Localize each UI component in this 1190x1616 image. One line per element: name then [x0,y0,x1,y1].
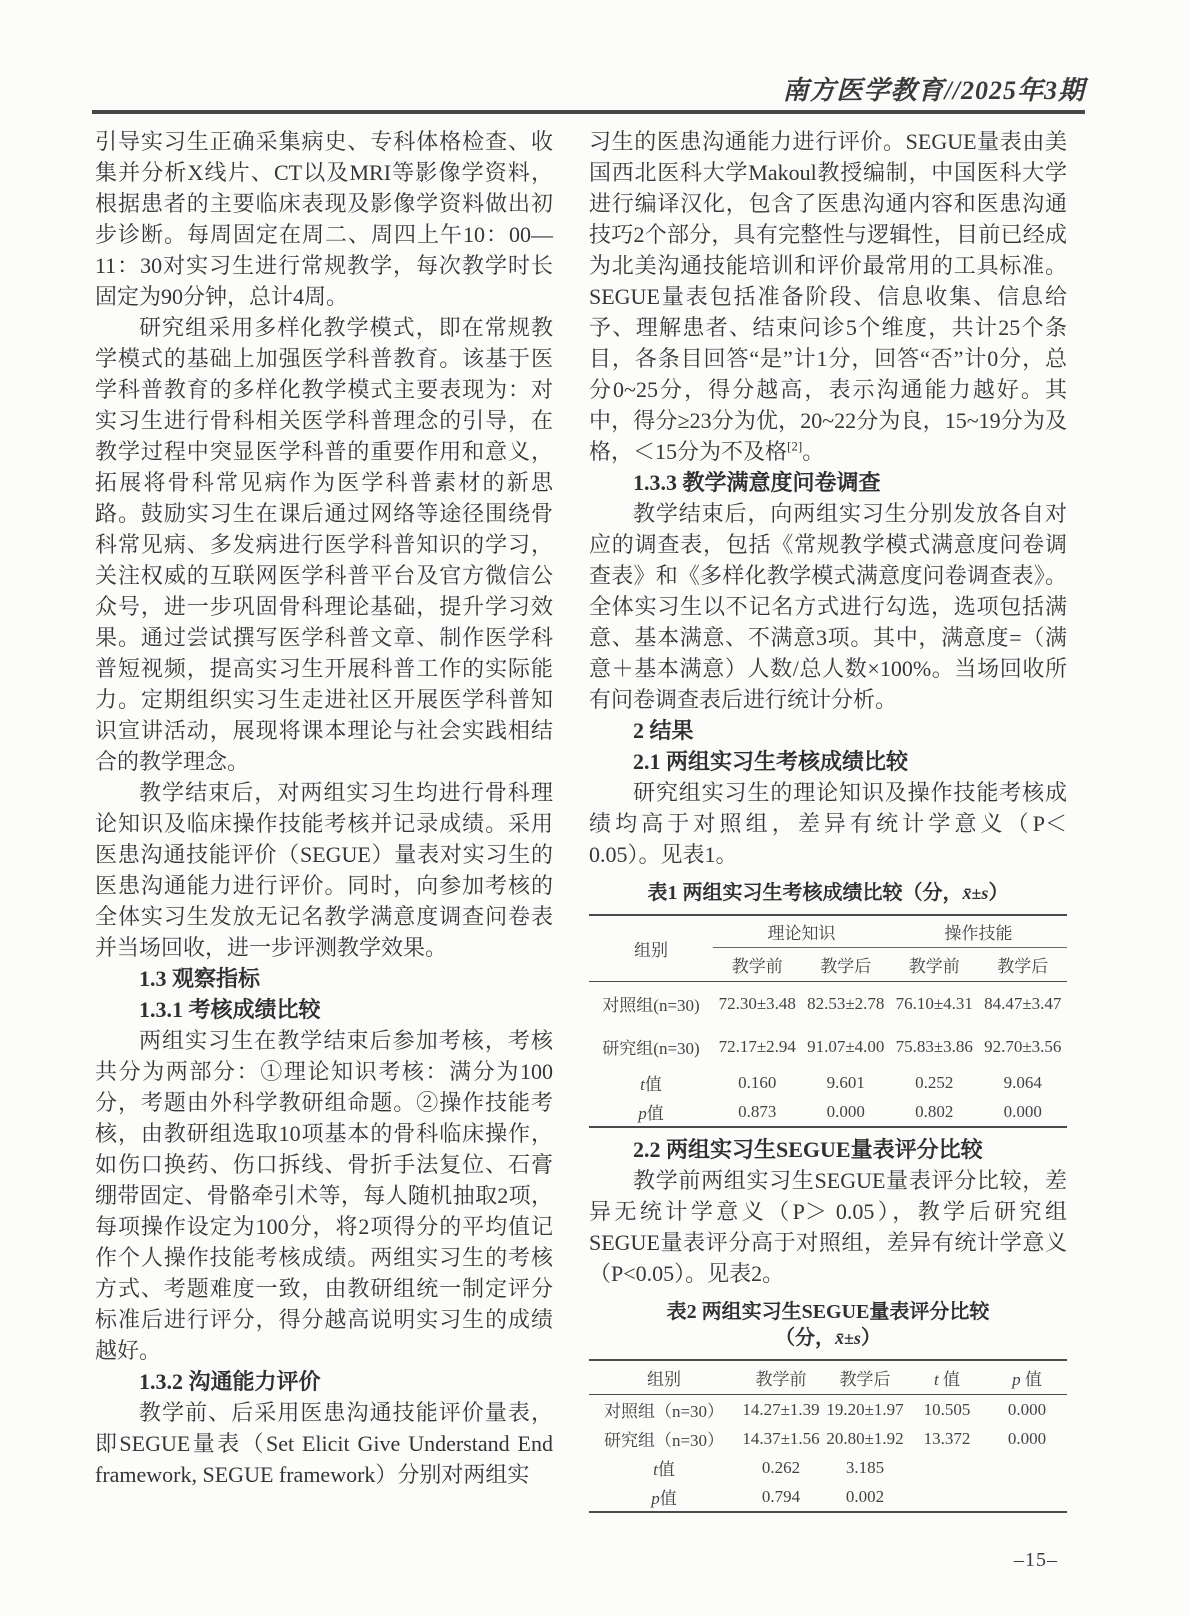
cell: 0.000 [987,1395,1067,1425]
p-symbol: p [638,1104,647,1123]
section-heading-1-3-1: 1.3.1 考核成绩比较 [95,994,553,1025]
table-row: t值 0.160 9.601 0.252 9.064 [589,1068,1067,1097]
cell: 0.252 [890,1068,979,1097]
table2-p-label: p值 [589,1482,739,1512]
table-row: t值 0.262 3.185 [589,1453,1067,1482]
p-symbol: p [651,1489,660,1508]
table2-segue-comparison: 组别 教学前 教学后 t 值 p 值 对照组（n=30） 14.27±1.39 … [589,1359,1067,1513]
table1-caption-suffix: ） [988,882,1008,904]
p-symbol: p [1012,1370,1021,1389]
table2-header-group: 组别 [589,1360,739,1395]
right-column: 习生的医患沟通能力进行评价。SEGUE量表由美国西北医科大学Makoul教授编制… [589,126,1067,1519]
table2-research-label: 研究组（n=30） [589,1424,739,1453]
cell: 0.160 [713,1068,802,1097]
table2-caption-math: x̄±s [835,1328,861,1348]
cell: 0.873 [713,1097,802,1127]
table-row: p值 0.873 0.000 0.802 0.000 [589,1097,1067,1127]
cell: 14.37±1.56 [739,1424,823,1453]
page-content: 引导实习生正确采集病史、专科体格检查、收集并分析X线片、CT以及MRI等影像学资… [95,126,1067,1519]
cell: 10.505 [907,1395,987,1425]
table-row: 对照组（n=30） 14.27±1.39 19.20±1.97 10.505 0… [589,1395,1067,1425]
t-header-text: 值 [939,1370,960,1389]
table-row: p值 0.794 0.002 [589,1482,1067,1512]
paragraph-segue-result: 教学前两组实习生SEGUE量表评分比较，差异无统计学意义（P＞ 0.05），教学… [589,1165,1067,1289]
cell: 0.794 [739,1482,823,1512]
cell: 91.07±4.00 [802,1025,891,1068]
t-label-text: 值 [645,1075,662,1094]
paragraph-result-scores: 研究组实习生的理论知识及操作技能考核成绩均高于对照组，差异有统计学意义（P＜0.… [589,777,1067,870]
cell: 0.000 [987,1424,1067,1453]
t-label-text: 值 [658,1460,675,1479]
cell: 19.20±1.97 [823,1395,907,1425]
header-rule [92,110,1085,114]
paragraph-after-teaching-assessment: 教学结束后，对两组实习生均进行骨科理论知识及临床操作技能考核并记录成绩。采用医患… [95,777,553,963]
table1-scores-comparison: 组别 理论知识 操作技能 教学前 教学后 教学前 教学后 对照组(n=30) 7… [589,914,1067,1128]
table1-subheader-post-theory: 教学后 [802,948,891,982]
cell: 13.372 [907,1424,987,1453]
paragraph-teaching-routine: 引导实习生正确采集病史、专科体格检查、收集并分析X线片、CT以及MRI等影像学资… [95,126,553,312]
paragraph-satisfaction-survey: 教学结束后，向两组实习生分别发放各自对应的调查表，包括《常规教学模式满意度问卷调… [589,498,1067,715]
table1-subheader-pre-skill: 教学前 [890,948,979,982]
section-heading-2-1: 2.1 两组实习生考核成绩比较 [589,746,1067,777]
p-header-text: 值 [1021,1370,1042,1389]
cell: 76.10±4.31 [890,982,979,1026]
table2-header-pre: 教学前 [739,1360,823,1395]
cell: 84.47±3.47 [979,982,1068,1026]
table1-header-theory: 理论知识 [713,915,890,948]
table2-control-label: 对照组（n=30） [589,1395,739,1425]
paragraph-research-group-model: 研究组采用多样化教学模式，即在常规教学模式的基础上加强医学科普教育。该基于医学科… [95,312,553,777]
section-heading-1-3: 1.3 观察指标 [95,963,553,994]
table1-caption-text: 表1 两组实习生考核成绩比较（分， [648,882,963,904]
segue-description-text: 习生的医患沟通能力进行评价。SEGUE量表由美国西北医科大学Makoul教授编制… [589,129,1067,464]
section-heading-1-3-2: 1.3.2 沟通能力评价 [95,1366,553,1397]
table1-subheader-pre-theory: 教学前 [713,948,802,982]
table1-t-label: t值 [589,1068,713,1097]
table1-p-label: p值 [589,1097,713,1127]
cell: 0.000 [979,1097,1068,1127]
section-heading-2-2: 2.2 两组实习生SEGUE量表评分比较 [589,1134,1067,1165]
cell: 82.53±2.78 [802,982,891,1026]
cell: 72.30±3.48 [713,982,802,1026]
table1-subheader-post-skill: 教学后 [979,948,1068,982]
left-column: 引导实习生正确采集病史、专科体格检查、收集并分析X线片、CT以及MRI等影像学资… [95,126,553,1490]
table-row: 研究组（n=30） 14.37±1.56 20.80±1.92 13.372 0… [589,1424,1067,1453]
table2-caption: 表2 两组实习生SEGUE量表评分比较 （分，x̄±s） [589,1299,1067,1351]
cell [907,1482,987,1512]
segue-description-tail: 。 [802,439,824,464]
table-row: 研究组(n=30) 72.17±2.94 91.07±4.00 75.83±3.… [589,1025,1067,1068]
paragraph-segue-intro: 教学前、后采用医患沟通技能评价量表，即SEGUE量表（Set Elicit Gi… [95,1397,553,1490]
cell [907,1453,987,1482]
cell: 0.802 [890,1097,979,1127]
table1-caption-math: x̄±s [963,883,989,903]
table1-header-group: 组别 [589,915,713,982]
table1-control-label: 对照组(n=30) [589,982,713,1026]
journal-page: 南方医学教育//2025年3期 引导实习生正确采集病史、专科体格检查、收集并分析… [0,0,1190,1616]
page-number: –15– [1014,1549,1058,1572]
cell: 14.27±1.39 [739,1395,823,1425]
table2-header-t: t 值 [907,1360,987,1395]
table2-caption-line1: 表2 两组实习生SEGUE量表评分比较 [667,1301,990,1323]
paragraph-segue-description: 习生的医患沟通能力进行评价。SEGUE量表由美国西北医科大学Makoul教授编制… [589,126,1067,467]
cell: 3.185 [823,1453,907,1482]
table2-caption-line2: （分， [775,1327,835,1349]
paragraph-exam-composition: 两组实习生在教学结束后参加考核，考核共分为两部分：①理论知识考核：满分为100分… [95,1025,553,1366]
cell [987,1482,1067,1512]
cell: 9.601 [802,1068,891,1097]
cell [987,1453,1067,1482]
table2-t-label: t值 [589,1453,739,1482]
section-heading-1-3-3: 1.3.3 教学满意度问卷调查 [589,467,1067,498]
section-heading-2: 2 结果 [589,715,1067,746]
cell: 0.000 [802,1097,891,1127]
table2-caption-suffix: ） [861,1327,881,1349]
cell: 20.80±1.92 [823,1424,907,1453]
citation-marker: [2] [787,439,802,454]
journal-header-title: 南方医学教育//2025年3期 [92,70,1085,107]
cell: 9.064 [979,1068,1068,1097]
p-label-text: 值 [660,1489,677,1508]
cell: 75.83±3.86 [890,1025,979,1068]
p-label-text: 值 [647,1104,664,1123]
cell: 72.17±2.94 [713,1025,802,1068]
table1-header-skill: 操作技能 [890,915,1067,948]
table2-header-p: p 值 [987,1360,1067,1395]
table-row: 对照组(n=30) 72.30±3.48 82.53±2.78 76.10±4.… [589,982,1067,1026]
table1-caption: 表1 两组实习生考核成绩比较（分，x̄±s） [589,880,1067,906]
cell: 92.70±3.56 [979,1025,1068,1068]
cell: 0.262 [739,1453,823,1482]
table1-research-label: 研究组(n=30) [589,1025,713,1068]
table2-header-post: 教学后 [823,1360,907,1395]
cell: 0.002 [823,1482,907,1512]
